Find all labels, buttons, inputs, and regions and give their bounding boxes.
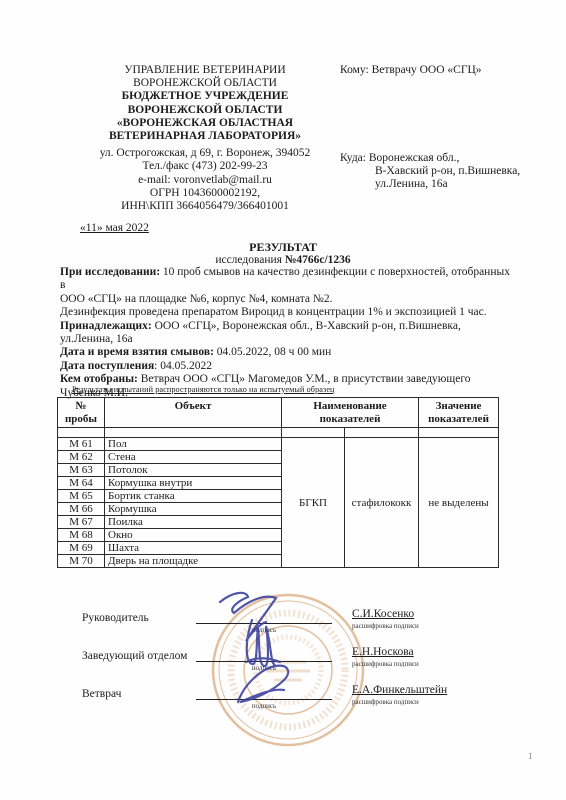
scope-note: Результаты испытаний распространяются то… <box>72 385 335 394</box>
sample-id: М 63 <box>58 464 105 477</box>
org-address: ул. Острогожская, д 69, г. Воронеж, 3940… <box>52 147 358 160</box>
study-number: №4766с/1236 <box>285 254 351 266</box>
sample-object: Поилка <box>105 516 282 529</box>
document-subtitle: исследования №4766с/1236 <box>0 254 566 266</box>
sample-id: М 64 <box>58 477 105 490</box>
sample-object: Стена <box>105 451 282 464</box>
recipient-where-line: ул.Ленина, 16а <box>340 178 555 191</box>
signature-line <box>196 684 332 700</box>
signature-role: Руководитель <box>82 612 149 624</box>
signature-line <box>196 646 332 662</box>
sample-id: М 62 <box>58 451 105 464</box>
header-value: Значение показателей <box>419 398 499 428</box>
org-line: ВОРОНЕЖСКОЙ ОБЛАСТИ <box>52 104 358 117</box>
sample-id: М 68 <box>58 529 105 542</box>
recipient-to: Кому: Ветврачу ООО «СГЦ» <box>340 64 550 77</box>
header-object: Объект <box>105 398 282 428</box>
header-indicator: Наименование показателей <box>282 398 419 428</box>
document-page: УПРАВЛЕНИЕ ВЕТЕРИНАРИИ ВОРОНЕЖСКОЙ ОБЛАС… <box>0 0 566 800</box>
sample-id: М 69 <box>58 542 105 555</box>
paragraph-text: ООО «СГЦ», Воронежская обл., В-Хавский р… <box>152 320 461 332</box>
spacer-cell <box>58 428 105 438</box>
org-phone: Тел./факс (473) 202-99-23 <box>52 160 358 173</box>
paragraph-label: Дата и время взятия смывов: <box>60 346 214 358</box>
signature-role: Заведующий отделом <box>82 650 187 662</box>
org-line: БЮДЖЕТНОЕ УЧРЕЖДЕНИЕ <box>52 90 358 103</box>
paragraph-sampling-date: Дата и время взятия смывов: 04.05.2022, … <box>60 346 518 359</box>
table-row: М 61 Пол БГКП стафилококк не выделены <box>58 438 499 451</box>
paragraph-research: При исследовании: 10 проб смывов на каче… <box>60 266 518 293</box>
spacer-cell <box>345 428 419 438</box>
paragraph-label: При исследовании: <box>60 266 160 278</box>
table-spacer-row <box>58 428 499 438</box>
signature-role: Ветврач <box>82 688 121 700</box>
sample-object: Пол <box>105 438 282 451</box>
indicator-bgkp: БГКП <box>282 438 345 568</box>
indicator-staph: стафилококк <box>345 438 419 568</box>
recipient-where: Куда: Воронежская обл., <box>340 152 555 165</box>
results-table: № пробы Объект Наименование показателей … <box>57 397 499 568</box>
sample-id: М 67 <box>58 516 105 529</box>
org-inn: ИНН\КПП 3664056479/366401001 <box>52 200 358 213</box>
org-line: УПРАВЛЕНИЕ ВЕТЕРИНАРИИ <box>52 64 358 77</box>
recipient-address-block: Куда: Воронежская обл., В-Хавский р-он, … <box>340 152 555 192</box>
signatory-name: Е.Н.Носкова <box>352 646 414 658</box>
recipient-where-line: В-Хавский р-он, п.Вишневка, <box>340 165 555 178</box>
signatory-caption: расшифровка подписи <box>352 622 419 630</box>
sample-object: Окно <box>105 529 282 542</box>
org-line: «ВОРОНЕЖСКАЯ ОБЛАСТНАЯ <box>52 117 358 130</box>
document-date: «11» мая 2022 <box>80 222 149 234</box>
sample-id: М 66 <box>58 503 105 516</box>
header-sample-no: № пробы <box>58 398 105 428</box>
table-header-row: № пробы Объект Наименование показателей … <box>58 398 499 428</box>
sample-id: М 61 <box>58 438 105 451</box>
sample-id: М 65 <box>58 490 105 503</box>
signatory-name: С.И.Косенко <box>352 608 414 620</box>
signature-caption: подпись <box>196 626 332 634</box>
spacer-cell <box>282 428 345 438</box>
paragraph-text: : 04.05.2022 <box>154 360 212 372</box>
paragraph-research-cont: ООО «СГЦ» на площадке №6, корпус №4, ком… <box>60 293 518 306</box>
signatory-name: Е.А.Финкельштейн <box>352 684 447 696</box>
paragraph-disinfection: Дезинфекция проведена препаратом Вироцид… <box>60 306 518 319</box>
paragraph-text: 04.05.2022, 08 ч 00 мин <box>214 346 331 358</box>
org-line: ВОРОНЕЖСКОЙ ОБЛАСТИ <box>52 77 358 90</box>
org-line: ВЕТЕРИНАРНАЯ ЛАБОРАТОРИЯ» <box>52 130 358 143</box>
signature-caption: подпись <box>196 664 332 672</box>
sample-object: Потолок <box>105 464 282 477</box>
org-ogrn: ОГРН 1043600002192, <box>52 187 358 200</box>
signatory-caption: расшифровка подписи <box>352 660 419 668</box>
paragraph-owner-cont: ул.Ленина, 16а <box>60 333 518 346</box>
sample-object: Бортик станка <box>105 490 282 503</box>
signature-line <box>196 608 332 624</box>
sample-id: М 70 <box>58 555 105 568</box>
paragraph-label: Кем отобраны: <box>60 373 138 385</box>
sample-object: Кормушка внутри <box>105 477 282 490</box>
org-email: e-mail: voronvetlab@mail.ru <box>52 174 358 187</box>
sample-object: Дверь на площадке <box>105 555 282 568</box>
paragraph-label: Принадлежащих: <box>60 320 152 332</box>
page-number: 1 <box>528 751 533 761</box>
signatory-caption: расшифровка подписи <box>352 698 419 706</box>
paragraph-text: Ветврач ООО «СГЦ» Магомедов У.М., в прис… <box>138 373 471 385</box>
spacer-cell <box>105 428 282 438</box>
result-value: не выделены <box>419 438 499 568</box>
subtitle-prefix: исследования <box>215 254 285 266</box>
sample-object: Кормушка <box>105 503 282 516</box>
paragraph-label: Дата поступления <box>60 360 154 372</box>
sample-object: Шахта <box>105 542 282 555</box>
signature-caption: подпись <box>196 702 332 710</box>
letterhead-org-block: УПРАВЛЕНИЕ ВЕТЕРИНАРИИ ВОРОНЕЖСКОЙ ОБЛАС… <box>52 64 358 213</box>
paragraph-owner: Принадлежащих: ООО «СГЦ», Воронежская об… <box>60 320 518 333</box>
document-title: РЕЗУЛЬТАТ <box>0 240 566 255</box>
paragraph-receipt-date: Дата поступления: 04.05.2022 <box>60 360 518 373</box>
spacer-cell <box>419 428 499 438</box>
body-text: При исследовании: 10 проб смывов на каче… <box>60 266 518 400</box>
